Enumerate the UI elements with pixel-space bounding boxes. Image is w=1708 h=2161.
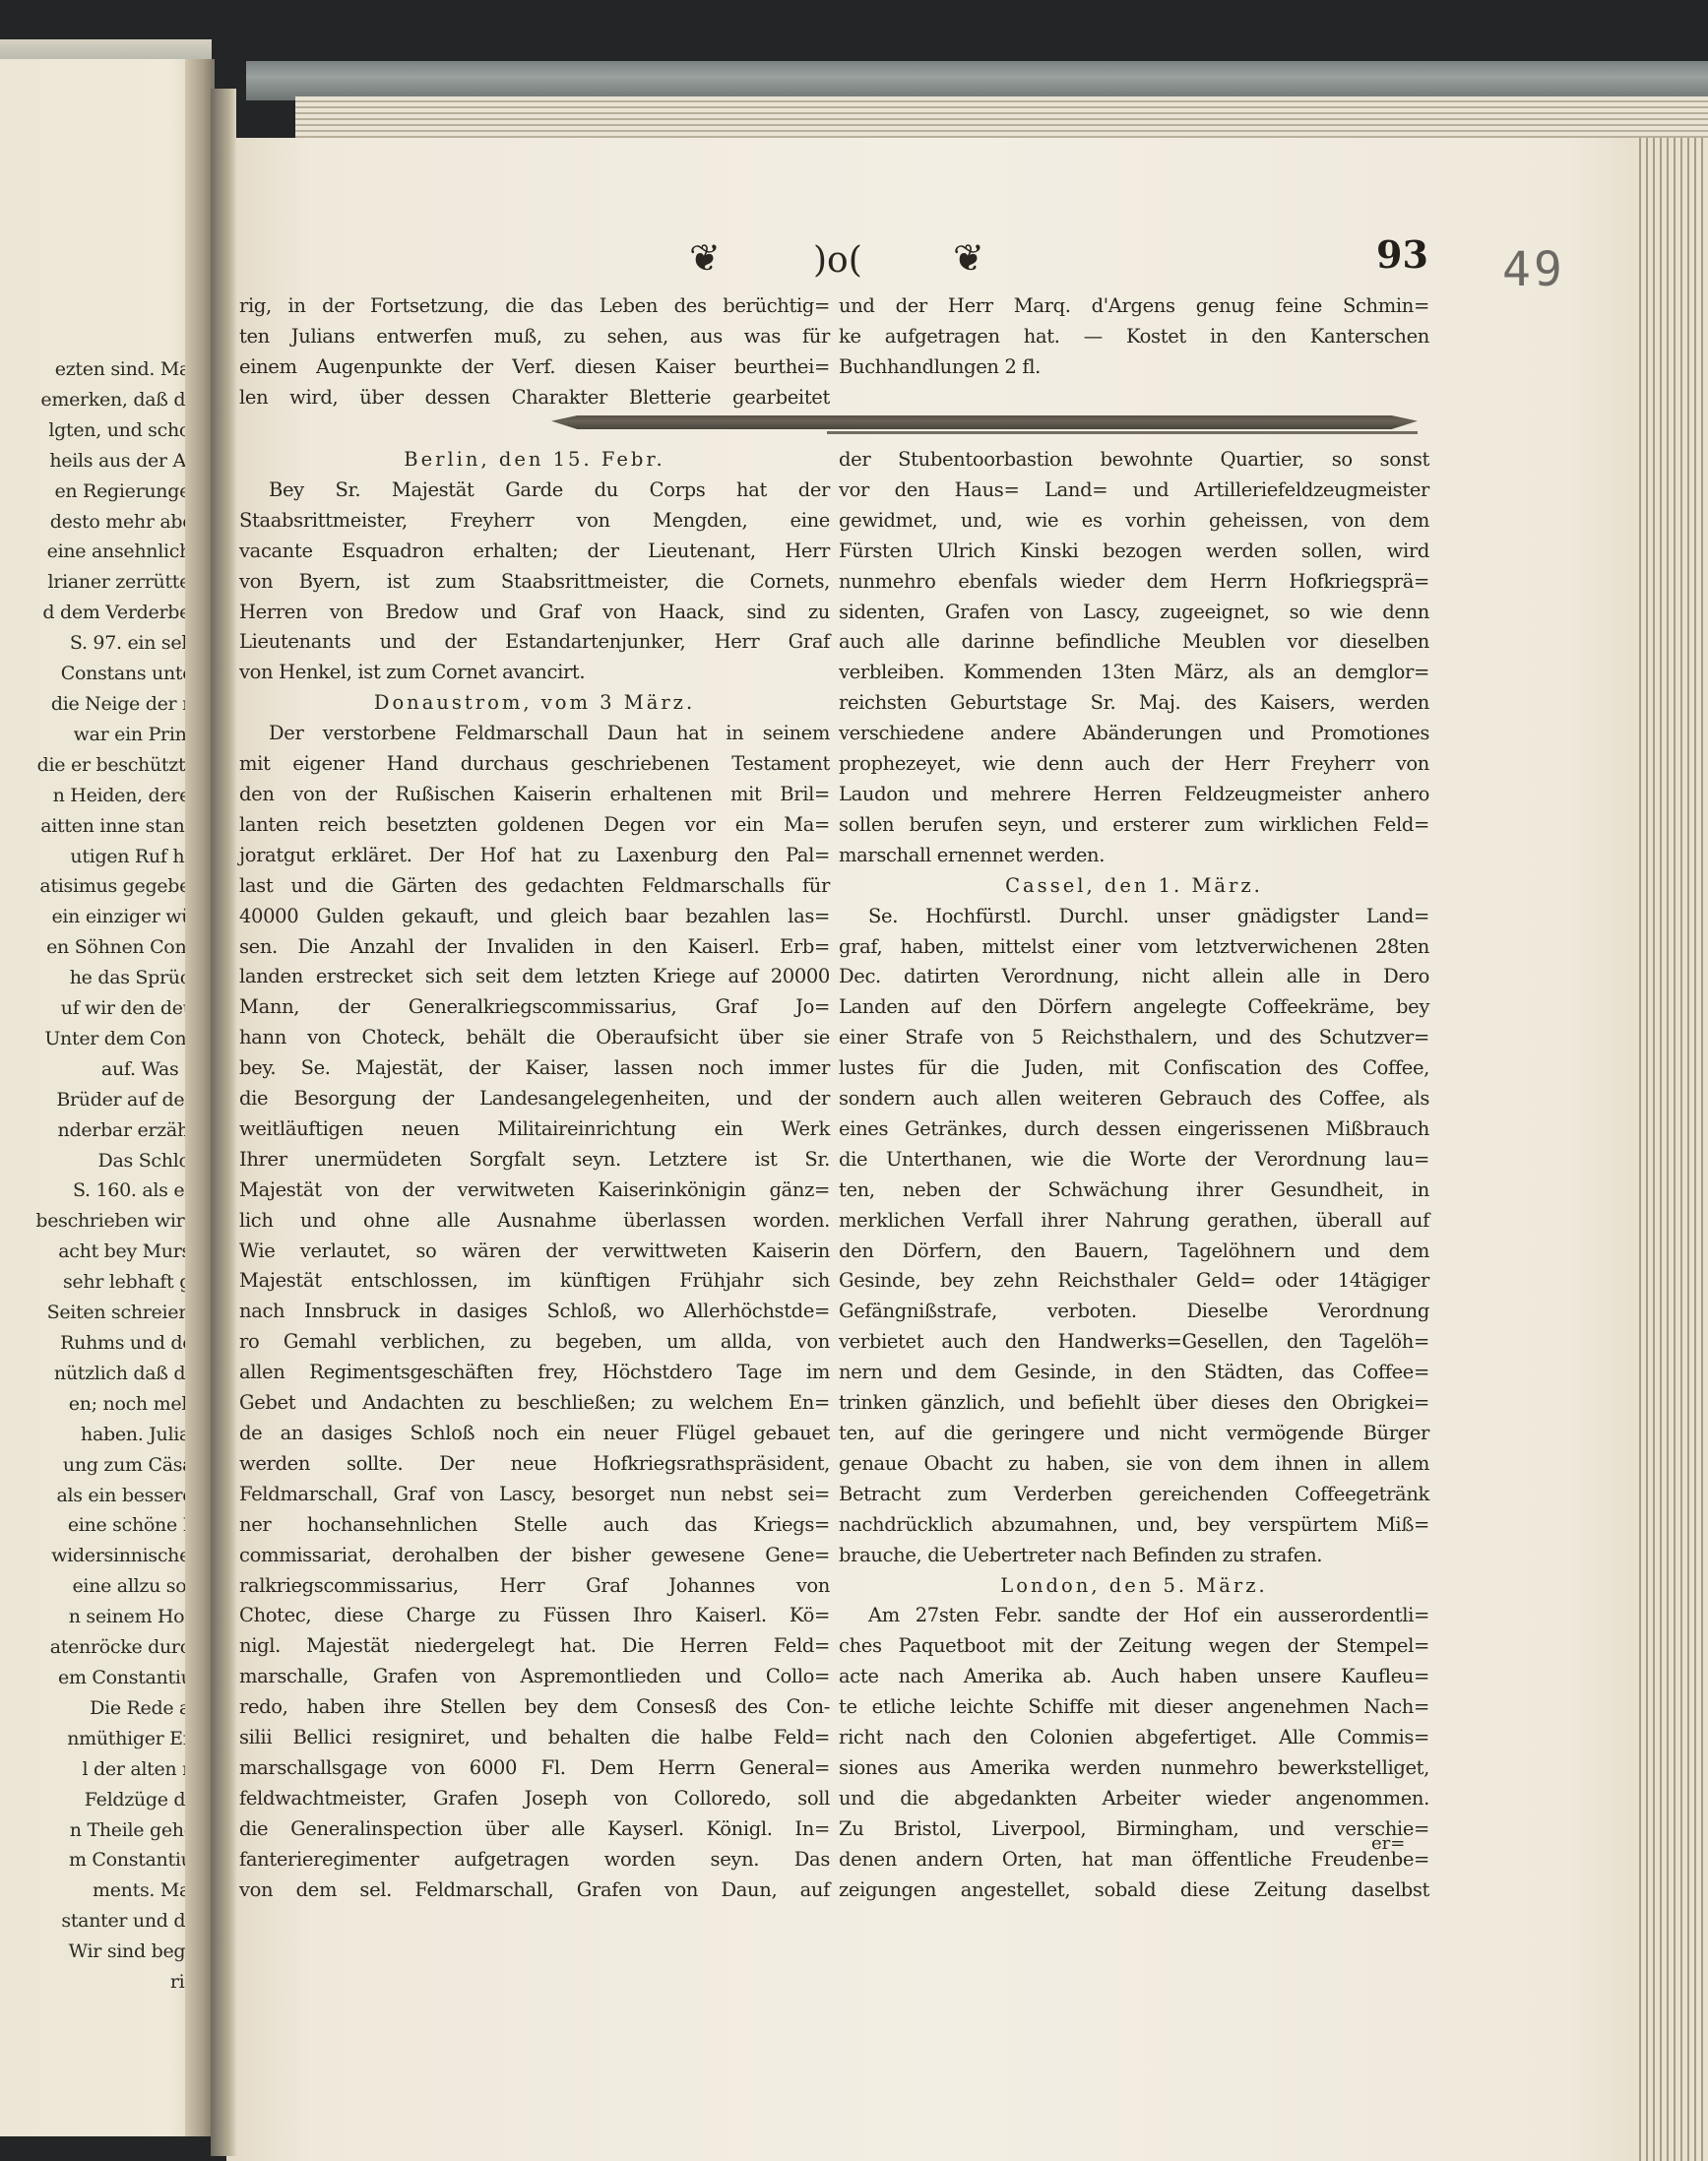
- book-gutter: [211, 89, 236, 2156]
- text-line: von Byern, ist zum Staabsrittmeister, di…: [239, 567, 830, 598]
- text-line: Das Schloß: [0, 1146, 202, 1176]
- text-line: Feldzüge die: [0, 1785, 202, 1815]
- text-line: widersinnischen: [0, 1541, 202, 1571]
- text-line: zeigungen angestellet, sobald diese Zeit…: [839, 1875, 1429, 1906]
- text-line: werden sollte. Der neue Hofkriegsrathspr…: [239, 1449, 830, 1480]
- text-line: die er beschützte,: [0, 750, 202, 781]
- text-line: sehr lebhaft ge: [0, 1267, 202, 1298]
- text-line: n Heiden, deren: [0, 781, 202, 811]
- text-line: ein einziger wür: [0, 902, 202, 932]
- text-line: commissariat, derohalben der bisher gewe…: [239, 1541, 830, 1571]
- text-line: feldwachtmeister, Grafen Joseph von Coll…: [239, 1784, 830, 1814]
- text-line: graf, haben, mittelst einer vom letztver…: [839, 932, 1429, 963]
- text-line: verschiedene andere Abänderungen und Pro…: [839, 719, 1429, 749]
- dateline-heading: Berlin, den 15. Febr.: [239, 445, 830, 476]
- text-line: Chotec, diese Charge zu Füssen Ihro Kais…: [239, 1601, 830, 1631]
- text-line: fanterieregimenter aufgetragen worden se…: [239, 1845, 830, 1875]
- text-line: merklichen Verfall ihrer Nahrung gerathe…: [839, 1206, 1429, 1237]
- text-line: acte nach Amerika ab. Auch haben unsere …: [839, 1662, 1429, 1692]
- text-line: ches Paquetboot mit der Zeitung wegen de…: [839, 1631, 1429, 1662]
- text-line: landen erstrecket sich seit dem letzten …: [239, 962, 830, 992]
- text-line: Dec. datirten Verordnung, nicht allein a…: [839, 962, 1429, 992]
- text-line: bey. Se. Majestät, der Kaiser, lassen no…: [239, 1053, 830, 1084]
- text-line: S. 97. ein sehr: [0, 628, 202, 659]
- text-line: rig,: [0, 1967, 202, 1998]
- text-line: de an dasiges Schloß noch ein neuer Flüg…: [239, 1419, 830, 1449]
- text-line: Constans unter: [0, 659, 202, 689]
- text-line: joratgut erkläret. Der Hof hat zu Laxenb…: [239, 841, 830, 871]
- text-line: Gesinde, bey zehn Reichsthaler Geld= ode…: [839, 1266, 1429, 1297]
- text-line: en; noch mehr: [0, 1389, 202, 1420]
- text-line: ments. Man: [0, 1875, 202, 1906]
- text-line: stanter und die: [0, 1906, 202, 1937]
- text-line: gewidmet, und, wie es vorhin geheissen, …: [839, 506, 1429, 537]
- text-line: war ein Prinz,: [0, 720, 202, 750]
- text-line: sollen berufen seyn, und ersterer zum wi…: [839, 810, 1429, 841]
- text-line: ten Julians entwerfen muß, zu sehen, aus…: [239, 322, 830, 352]
- text-line: Lieutenants und der Estandartenjunker, H…: [239, 627, 830, 658]
- text-line: en Regierungen: [0, 477, 202, 507]
- text-line: len wird, über dessen Charakter Bletteri…: [239, 383, 830, 413]
- text-line: Herren von Bredow und Graf von Haack, si…: [239, 598, 830, 628]
- text-line: redo, haben ihre Stellen bey dem Consesß…: [239, 1692, 830, 1723]
- text-line: vor den Haus= Land= und Artilleriefeldze…: [839, 476, 1429, 506]
- dateline-heading: London, den 5. März.: [839, 1571, 1429, 1602]
- text-line: vacante Esquadron erhalten; der Lieutena…: [239, 537, 830, 567]
- text-line: die Unterthanen, wie die Worte der Veror…: [839, 1145, 1429, 1176]
- left-page-text-column: ezten sind. Manemerken, daß dielgten, un…: [0, 354, 202, 1998]
- text-line: nmüthiger Ent: [0, 1724, 202, 1754]
- text-line: lrianer zerrütten: [0, 567, 202, 598]
- text-line: Majestät entschlossen, im künftigen Früh…: [239, 1266, 830, 1297]
- text-line: lanten reich besetzten goldenen Degen vo…: [239, 810, 830, 841]
- dateline-heading: Donaustrom, vom 3 März.: [239, 688, 830, 719]
- text-line: Ruhms und der: [0, 1328, 202, 1359]
- text-line: der Stubentoorbastion bewohnte Quartier,…: [839, 445, 1429, 476]
- text-line: und die abgedankten Arbeiter wieder ange…: [839, 1784, 1429, 1814]
- text-line: haben. Julian: [0, 1420, 202, 1450]
- text-line: rig, in der Fortsetzung, die das Leben d…: [239, 291, 830, 322]
- text-line: reichsten Geburtstage Sr. Maj. des Kaise…: [839, 688, 1429, 719]
- archive-folio-number: 49: [1502, 242, 1565, 297]
- text-line: von Henkel, ist zum Cornet avancirt.: [239, 658, 830, 688]
- text-line: Wir sind begie: [0, 1937, 202, 1967]
- text-line: atenröcke durch: [0, 1632, 202, 1663]
- rule-underline: [827, 431, 1418, 434]
- text-line: he das Sprüch: [0, 963, 202, 993]
- text-line: eine allzu so=: [0, 1571, 202, 1602]
- text-line: ten, auf die geringere und nicht vermöge…: [839, 1419, 1429, 1449]
- text-line: Feldmarschall, Graf von Lascy, besorget …: [239, 1480, 830, 1510]
- text-line: last und die Gärten des gedachten Feldma…: [239, 871, 830, 902]
- right-page-stack-edge: [1634, 138, 1708, 2161]
- text-line: trinken gänzlich, und befiehlt über dies…: [839, 1388, 1429, 1419]
- decorative-rule: [551, 415, 1418, 429]
- text-line: und der Herr Marq. d'Argens genug feine …: [839, 291, 1429, 322]
- text-line: Majestät von der verwitweten Kaiserinkön…: [239, 1176, 830, 1206]
- text-line: marschallsgage von 6000 Fl. Dem Herrn Ge…: [239, 1753, 830, 1784]
- text-line: verbietet auch den Handwerks=Gesellen, d…: [839, 1327, 1429, 1358]
- column-right-news: der Stubentoorbastion bewohnte Quartier,…: [839, 445, 1429, 1906]
- text-line: Ihrer unermüdeten Sorgfalt seyn. Letzter…: [239, 1145, 830, 1176]
- text-line: prophezeyet, wie denn auch der Herr Frey…: [839, 749, 1429, 780]
- text-line: atisimus gegeben: [0, 871, 202, 902]
- text-line: von dem sel. Feldmarschall, Grafen von D…: [239, 1875, 830, 1906]
- text-line: Staabsrittmeister, Freyherr von Mengden,…: [239, 506, 830, 537]
- text-line: ro Gemahl verblichen, zu begeben, um all…: [239, 1327, 830, 1358]
- text-line: Buchhandlungen 2 fl.: [839, 352, 1429, 383]
- text-line: nützlich daß die: [0, 1359, 202, 1389]
- text-line: die Generalinspection über alle Kayserl.…: [239, 1814, 830, 1845]
- text-line: Betracht zum Verderben gereichenden Coff…: [839, 1480, 1429, 1510]
- text-line: den von der Rußischen Kaiserin erhaltene…: [239, 780, 830, 810]
- left-page: ezten sind. Manemerken, daß dielgten, un…: [0, 59, 212, 2136]
- text-line: 40000 Gulden gekauft, und gleich baar be…: [239, 902, 830, 932]
- text-line: einem Augenpunkte der Verf. diesen Kaise…: [239, 352, 830, 383]
- text-line: ten, neben der Schwächung ihrer Gesundhe…: [839, 1176, 1429, 1206]
- text-line: sidenten, Grafen von Lascy, zugeeignet, …: [839, 598, 1429, 628]
- text-line: Wie verlautet, so wären der verwittweten…: [239, 1237, 830, 1267]
- text-line: Fürsten Ulrich Kinski bezogen werden sol…: [839, 537, 1429, 567]
- text-line: lich und ohne alle Ausnahme überlassen w…: [239, 1206, 830, 1237]
- text-line: lgten, und schon: [0, 415, 202, 446]
- text-line: em Constantius: [0, 1663, 202, 1693]
- text-line: acht bey Mursa: [0, 1237, 202, 1267]
- text-line: Laudon und mehrere Herren Feldzeugmeiste…: [839, 780, 1429, 810]
- text-line: marschall ernennet werden.: [839, 841, 1429, 871]
- text-line: den Dörfern, den Bauern, Tagelöhnern und…: [839, 1237, 1429, 1267]
- text-line: nach Innsbruck in dasiges Schloß, wo All…: [239, 1297, 830, 1327]
- text-line: denen andern Orten, hat man öffentliche …: [839, 1845, 1429, 1875]
- text-line: ung zum Cäsar: [0, 1450, 202, 1481]
- text-line: nunmehro ebenfals wieder dem Herrn Hofkr…: [839, 567, 1429, 598]
- text-line: nderbar erzählt: [0, 1115, 202, 1146]
- text-line: sondern auch allen weiteren Gebrauch des…: [839, 1084, 1429, 1114]
- text-line: desto mehr aber: [0, 507, 202, 538]
- text-line: ezten sind. Man: [0, 354, 202, 385]
- text-line: emerken, daß die: [0, 385, 202, 415]
- paragraph-start: Am 27sten Febr. sandte der Hof ein ausse…: [839, 1601, 1429, 1631]
- text-line: brauche, die Uebertreter nach Befinden z…: [839, 1541, 1429, 1571]
- text-line: Brüder auf dem: [0, 1085, 202, 1115]
- text-line: te etliche leichte Schiffe mit dieser an…: [839, 1692, 1429, 1723]
- text-line: n Theile gehet: [0, 1815, 202, 1846]
- text-line: ralkriegscommissarius, Herr Graf Johanne…: [239, 1571, 830, 1602]
- text-line: Seiten schreien :: [0, 1298, 202, 1328]
- text-line: auch alle darinne befindliche Meublen vo…: [839, 627, 1429, 658]
- text-line: einer Strafe von 5 Reichsthalern, und de…: [839, 1023, 1429, 1053]
- text-line: l der alten rö: [0, 1754, 202, 1785]
- text-line: heils aus der Art: [0, 446, 202, 477]
- text-line: als ein besserer: [0, 1481, 202, 1511]
- text-line: die Neige der rö: [0, 689, 202, 720]
- text-line: m Constantius: [0, 1845, 202, 1875]
- text-line: weitläuftigen neuen Militaireinrichtung …: [239, 1114, 830, 1145]
- text-line: genaue Obacht zu haben, sie von dem ihne…: [839, 1449, 1429, 1480]
- text-line: Zu Bristol, Liverpool, Birmingham, und v…: [839, 1814, 1429, 1845]
- text-line: ke aufgetragen hat. — Kostet in den Kant…: [839, 322, 1429, 352]
- column-right-continuation: und der Herr Marq. d'Argens genug feine …: [839, 291, 1429, 383]
- shell-ornament-icon: ❦: [689, 236, 721, 280]
- text-line: marschalle, Grafen von Aspremontlieden u…: [239, 1662, 830, 1692]
- shell-ornament-icon: ❦: [953, 236, 984, 280]
- text-line: Gebet und Andachten zu beschließen; zu w…: [239, 1388, 830, 1419]
- text-line: beschrieben wird,: [0, 1206, 202, 1237]
- ornament-divider-icon: )o(: [813, 240, 862, 281]
- text-line: Die Rede an: [0, 1693, 202, 1724]
- text-line: siones aus Amerika werden nunmehro bewer…: [839, 1753, 1429, 1784]
- text-line: lustes für die Juden, mit Confiscation d…: [839, 1053, 1429, 1084]
- text-line: n seinem Hofe: [0, 1602, 202, 1632]
- text-line: uf wir den deut: [0, 993, 202, 1024]
- text-line: hann von Choteck, behält die Oberaufsich…: [239, 1023, 830, 1053]
- text-line: Landen auf den Dörfern angelegte Coffeek…: [839, 992, 1429, 1023]
- catchword: er=: [1371, 1833, 1405, 1854]
- text-line: Unter dem Con=: [0, 1024, 202, 1054]
- paragraph-start: Se. Hochfürstl. Durchl. unser gnädigster…: [839, 902, 1429, 932]
- text-line: die Besorgung der Landesangelegenheiten,…: [239, 1084, 830, 1114]
- text-line: d dem Verderben: [0, 598, 202, 628]
- text-line: eine schöne Ei: [0, 1510, 202, 1541]
- text-line: auf. Was S.: [0, 1054, 202, 1085]
- paragraph-start: Bey Sr. Majestät Garde du Corps hat der: [239, 476, 830, 506]
- text-line: Gefängnißstrafe, verboten. Dieselbe Vero…: [839, 1297, 1429, 1327]
- text-line: silii Bellici resigniret, und behalten d…: [239, 1723, 830, 1753]
- text-line: nigl. Majestät niedergelegt hat. Die Her…: [239, 1631, 830, 1662]
- text-line: verbleiben. Kommenden 13ten März, als an…: [839, 658, 1429, 688]
- text-line: S. 160. als ein: [0, 1176, 202, 1206]
- text-line: sen. Die Anzahl der Invaliden in den Kai…: [239, 932, 830, 963]
- text-line: nern und dem Gesinde, in den Städten, da…: [839, 1358, 1429, 1388]
- page-number: 93: [1376, 232, 1428, 277]
- paragraph-start: Der verstorbene Feldmarschall Daun hat i…: [239, 719, 830, 749]
- dateline-heading: Cassel, den 1. März.: [839, 871, 1429, 902]
- text-line: eine ansehnliche: [0, 537, 202, 567]
- column-left-news: Berlin, den 15. Febr.Bey Sr. Majestät Ga…: [239, 445, 830, 1906]
- text-line: aitten inne stand.: [0, 811, 202, 842]
- text-line: eines Getränkes, durch dessen eingerisse…: [839, 1114, 1429, 1145]
- text-line: en Söhnen Con=: [0, 932, 202, 963]
- text-line: Mann, der Generalkriegscommissarius, Gra…: [239, 992, 830, 1023]
- text-line: utigen Ruf hin: [0, 842, 202, 872]
- text-line: ner hochansehnlichen Stelle auch das Kri…: [239, 1510, 830, 1541]
- book-cover-edge: [246, 61, 1708, 100]
- text-line: allen Regimentsgeschäften frey, Höchstde…: [239, 1358, 830, 1388]
- text-line: nachdrücklich abzumahnen, und, bey versp…: [839, 1510, 1429, 1541]
- text-line: richt nach den Colonien abgefertiget. Al…: [839, 1723, 1429, 1753]
- text-line: mit eigener Hand durchaus geschriebenen …: [239, 749, 830, 780]
- column-left-continuation: rig, in der Fortsetzung, die das Leben d…: [239, 291, 830, 413]
